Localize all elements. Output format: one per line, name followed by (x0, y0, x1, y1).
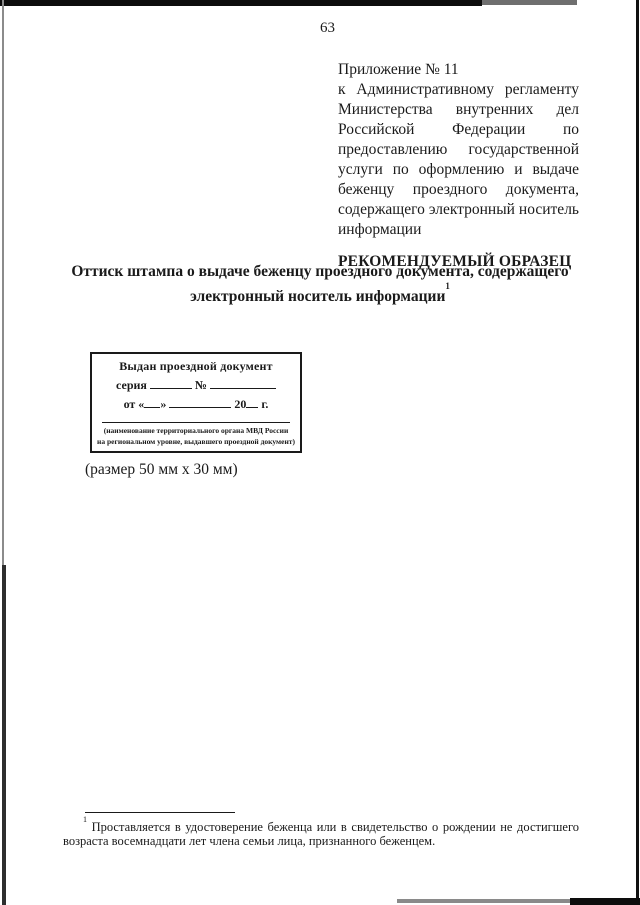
month-blank-line (169, 397, 231, 408)
stamp-title: Выдан проездной документ (92, 359, 300, 374)
scan-edge-right (636, 0, 639, 905)
appendix-block: Приложение № 11 к Административному регл… (338, 60, 579, 272)
year-suffix-label: г. (261, 397, 268, 411)
stamp-series-row: серия № (92, 378, 300, 393)
stamp-size-note: (размер 50 мм x 30 мм) (85, 461, 238, 479)
footnote-text: Проставляется в удостоверение беженца ил… (63, 820, 579, 848)
day-blank-line (144, 397, 160, 408)
issuing-authority-line (102, 422, 290, 423)
date-open-label: от « (124, 397, 145, 411)
document-title: Оттиск штампа о выдаче беженцу проездног… (40, 262, 600, 307)
appendix-title: Приложение № 11 (338, 60, 579, 80)
date-close-label: » (160, 397, 166, 411)
scan-edge-bottom-black (570, 898, 640, 905)
page-number: 63 (320, 20, 335, 37)
series-blank-line (150, 378, 192, 389)
scan-edge-top-black (0, 0, 482, 6)
number-sign: № (195, 378, 207, 392)
stamp-date-row: от «» 20 г. (92, 397, 300, 412)
scanned-document-page: 63 Приложение № 11 к Административному р… (0, 0, 640, 905)
scan-edge-bottom-gray (397, 899, 570, 903)
stamp-caption-line1: (наименование территориального органа МВ… (92, 425, 300, 436)
scan-edge-top-gray (482, 0, 577, 5)
scan-edge-left-lower (2, 565, 6, 905)
footnote-separator (85, 812, 235, 813)
footnote-marker: 1 (83, 815, 87, 824)
year-blank-line (246, 397, 258, 408)
year-label: 20 (234, 397, 246, 411)
footnote: 1 Проставляется в удостоверение беженца … (63, 817, 579, 848)
document-title-text: Оттиск штампа о выдаче беженцу проездног… (71, 263, 568, 305)
stamp-box: Выдан проездной документ серия № от «» 2… (90, 352, 302, 453)
footnote-reference: 1 (445, 281, 450, 291)
series-label: серия (116, 378, 147, 392)
number-blank-line (210, 378, 276, 389)
stamp-caption-line2: на региональном уровне, выдавшего проезд… (92, 436, 300, 447)
scan-edge-left-upper (2, 0, 4, 565)
appendix-body: к Административному регламенту Министерс… (338, 80, 579, 240)
